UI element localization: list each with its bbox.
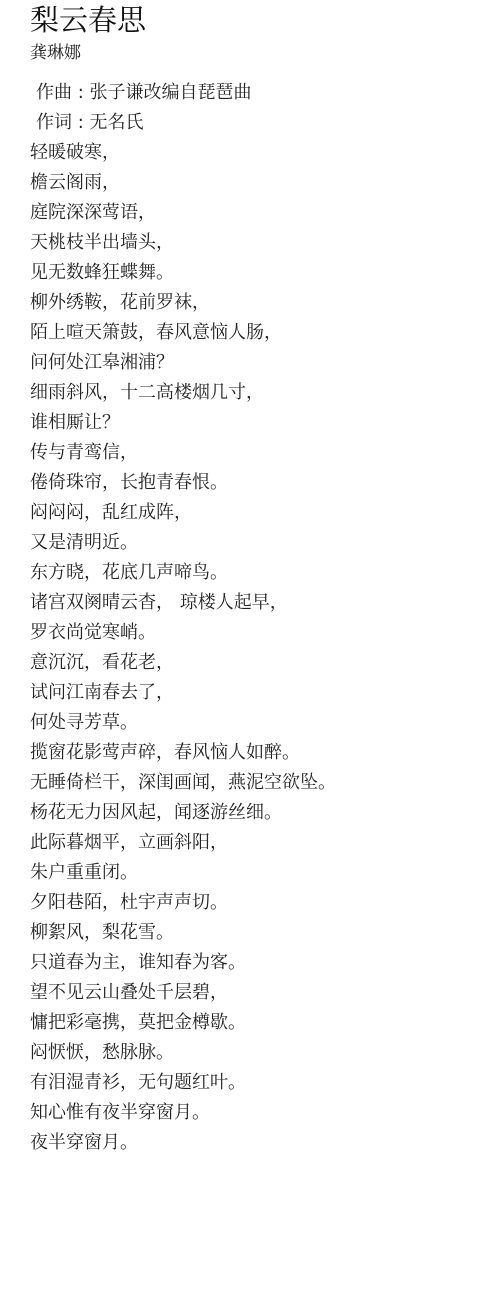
- lyric-line: 细雨斜风，十二高楼烟几寸，: [30, 378, 500, 408]
- lyric-line: 揽窗花影莺声碎，春风恼人如醉。: [30, 738, 500, 768]
- lyric-line: 何处寻芳草。: [30, 708, 500, 738]
- lyric-line: 无睡倚栏干，深闺画闻，燕泥空欲坠。: [30, 768, 500, 798]
- lyric-line: 倦倚珠帘，长抱青春恨。: [30, 468, 500, 498]
- lyric-line: 慵把彩毫携，莫把金樽歇。: [30, 1008, 500, 1038]
- lyric-line: 杨花无力因风起，闻逐游丝细。: [30, 798, 500, 828]
- lyrics-page: 梨云春思 龚琳娜 作曲 : 张子谦改编自琵琶曲 作词 : 无名氏 轻暖破寒， 檐…: [0, 0, 500, 1158]
- lyric-line: 此际暮烟平，立画斜阳，: [30, 828, 500, 858]
- lyric-line: 问何处江皋湘浦？: [30, 348, 500, 378]
- lyric-line: 轻暖破寒，: [30, 138, 500, 168]
- lyric-line: 天桃枝半出墙头，: [30, 228, 500, 258]
- lyric-line: 见无数蜂狂蝶舞。: [30, 258, 500, 288]
- lyric-line: 意沉沉，看花老，: [30, 648, 500, 678]
- lyric-line: 夕阳巷陌，杜宇声声切。: [30, 888, 500, 918]
- lyric-line: 陌上喧天箫鼓，春风意恼人肠，: [30, 318, 500, 348]
- lyric-line: 谁相厮让？: [30, 408, 500, 438]
- lyric-line: 望不见云山叠处千层碧，: [30, 978, 500, 1008]
- lyric-line: 闷闷闷，乱红成阵，: [30, 498, 500, 528]
- lyric-line: 东方晓，花底几声啼鸟。: [30, 558, 500, 588]
- composer-credit: 作曲 : 张子谦改编自琵琶曲: [30, 78, 500, 108]
- artist-name: 龚琳娜: [30, 40, 500, 66]
- lyric-line: 檐云阁雨，: [30, 168, 500, 198]
- lyric-line: 夜半穿窗月。: [30, 1128, 500, 1158]
- lyrics-body: 轻暖破寒， 檐云阁雨， 庭院深深莺语， 天桃枝半出墙头， 见无数蜂狂蝶舞。 柳外…: [30, 138, 500, 1158]
- lyric-line: 有泪湿青衫，无句题红叶。: [30, 1068, 500, 1098]
- lyric-line: 只道春为主，谁知春为客。: [30, 948, 500, 978]
- lyric-line: 柳絮风，梨花雪。: [30, 918, 500, 948]
- lyric-line: 又是清明近。: [30, 528, 500, 558]
- lyric-line: 诸宫双阕晴云杳， 琼楼人起早，: [30, 588, 500, 618]
- song-title: 梨云春思: [30, 0, 500, 38]
- lyric-line: 闷恹恹，愁脉脉。: [30, 1038, 500, 1068]
- lyric-line: 朱户重重闭。: [30, 858, 500, 888]
- lyric-line: 试问江南春去了，: [30, 678, 500, 708]
- lyric-line: 传与青鸾信，: [30, 438, 500, 468]
- lyric-line: 知心惟有夜半穿窗月。: [30, 1098, 500, 1128]
- lyric-line: 庭院深深莺语，: [30, 198, 500, 228]
- lyricist-credit: 作词 : 无名氏: [30, 108, 500, 138]
- credits-block: 作曲 : 张子谦改编自琵琶曲 作词 : 无名氏: [30, 78, 500, 138]
- lyric-line: 柳外绣鞍，花前罗袜，: [30, 288, 500, 318]
- lyric-line: 罗衣尚觉寒峭。: [30, 618, 500, 648]
